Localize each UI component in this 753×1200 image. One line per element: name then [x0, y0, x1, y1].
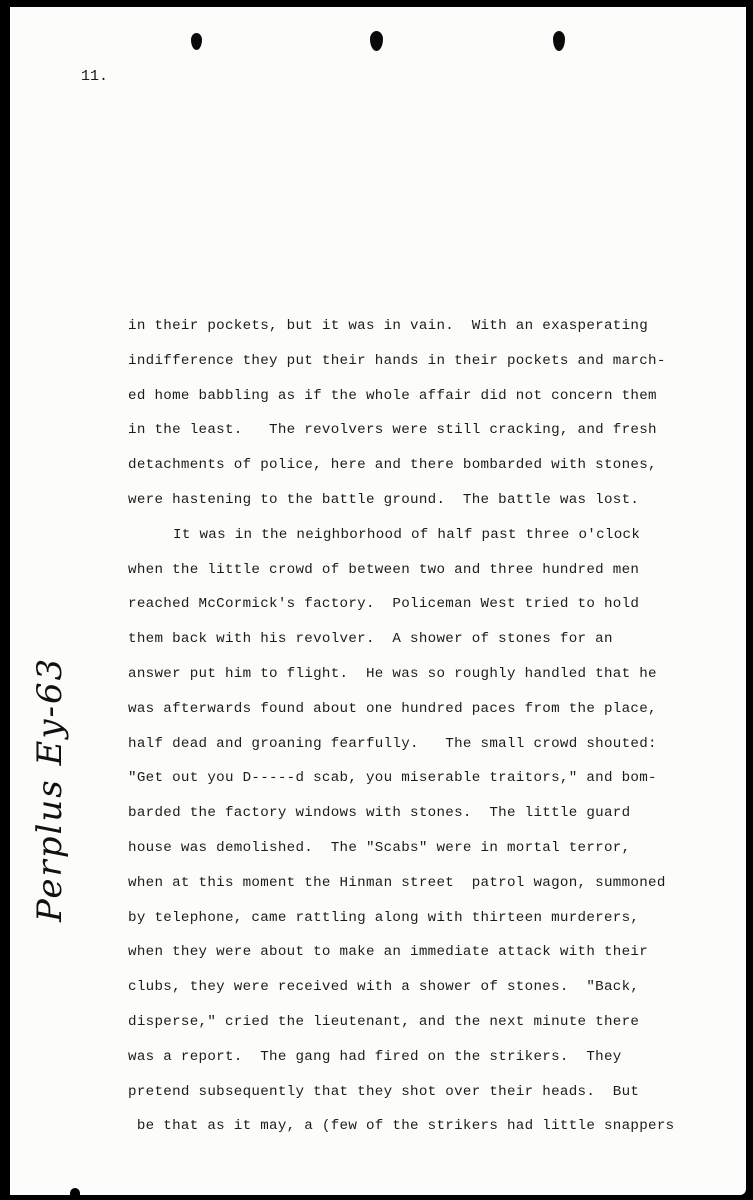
text-line: reached McCormick's factory. Policeman W…: [128, 587, 728, 622]
scan-artifact: [70, 1188, 80, 1198]
text-line: when at this moment the Hinman street pa…: [128, 866, 728, 901]
text-line: half dead and groaning fearfully. The sm…: [128, 727, 728, 762]
punch-hole-center: [370, 31, 383, 51]
paragraph-2: It was in the neighborhood of half past …: [128, 518, 728, 1144]
typed-text-body: in their pockets, but it was in vain. Wi…: [128, 309, 728, 1144]
text-line: be that as it may, a (few of the striker…: [128, 1109, 728, 1144]
text-line: detachments of police, here and there bo…: [128, 448, 728, 483]
text-line: when they were about to make an immediat…: [128, 935, 728, 970]
text-line: in the least. The revolvers were still c…: [128, 413, 728, 448]
text-line: in their pockets, but it was in vain. Wi…: [128, 309, 728, 344]
text-line: answer put him to flight. He was so roug…: [128, 657, 728, 692]
text-line: by telephone, came rattling along with t…: [128, 901, 728, 936]
page-number: 11.: [81, 68, 108, 85]
punch-hole-left: [191, 33, 202, 50]
text-line: were hastening to the battle ground. The…: [128, 483, 728, 518]
text-line: was a report. The gang had fired on the …: [128, 1040, 728, 1075]
punch-hole-right: [553, 31, 565, 51]
text-line: indifference they put their hands in the…: [128, 344, 728, 379]
text-line: pretend subsequently that they shot over…: [128, 1075, 728, 1110]
text-line: clubs, they were received with a shower …: [128, 970, 728, 1005]
text-line: It was in the neighborhood of half past …: [128, 518, 728, 553]
text-line: barded the factory windows with stones. …: [128, 796, 728, 831]
text-line: when the little crowd of between two and…: [128, 553, 728, 588]
margin-annotation: Perplus Ey-63: [30, 657, 70, 922]
text-line: them back with his revolver. A shower of…: [128, 622, 728, 657]
document-page: 11. Perplus Ey-63 in their pockets, but …: [10, 7, 746, 1195]
text-line: was afterwards found about one hundred p…: [128, 692, 728, 727]
text-line: ed home babbling as if the whole affair …: [128, 379, 728, 414]
text-line: "Get out you D-----d scab, you miserable…: [128, 761, 728, 796]
text-line: house was demolished. The "Scabs" were i…: [128, 831, 728, 866]
paragraph-1: in their pockets, but it was in vain. Wi…: [128, 309, 728, 518]
text-line: disperse," cried the lieutenant, and the…: [128, 1005, 728, 1040]
